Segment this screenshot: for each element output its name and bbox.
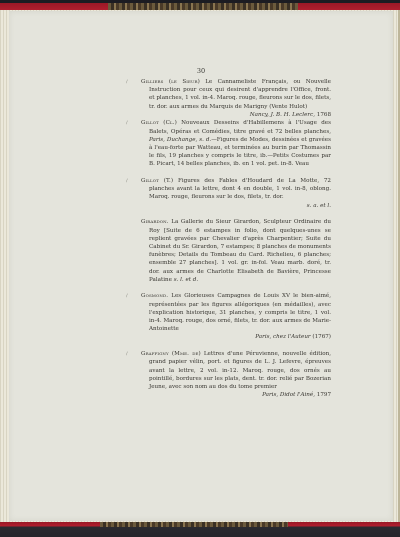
entry-text: Les Glorieuses Campagnes de Louis XV le … [149,293,331,332]
marbled-spine-bottom [100,522,288,527]
catalogue-entry-gillot-cl: / Gillot (Cl.) Nouveaux Desseins d'Habil… [141,119,331,168]
catalogue-entry-graffigny: / Graffigny (Mme. de) Lettres d'une Péru… [141,350,331,399]
entry-author: Gillot (Cl.) [141,120,177,126]
page-number: 30 [9,67,393,75]
book-page: 30 / Gilliers (le Sieur) Le Cannameliste… [9,11,393,521]
catalogue-entries: / Gilliers (le Sieur) Le Cannameliste Fr… [141,78,331,408]
pencil-tick-mark: / [126,119,128,127]
book-cover-bottom-edge [0,522,400,537]
catalogue-entry-gilliers: / Gilliers (le Sieur) Le Cannameliste Fr… [141,78,331,111]
entry-author: Gillot (T.) [141,178,173,184]
entry-imprint: s. l. et d. [172,277,198,283]
entry-text: Nouveaux Desseins d'Habillemens à l'Usag… [149,120,331,134]
book-spread: 30 / Gilliers (le Sieur) Le Cannameliste… [0,0,400,537]
catalogue-entry-girardon: Girardon. La Gallerie du Sieur Girardon,… [141,218,331,284]
entry-imprint: Paris, Duchange, s. d. [149,137,211,143]
pencil-tick-mark: / [126,78,128,86]
catalogue-entry-gillot-t: / Gillot (T.) Figures des Fables d'Houda… [141,177,331,210]
entry-imprint: Nancy, J. B. H. Leclerc, 1768 [258,111,331,119]
pencil-tick-mark: / [126,177,128,185]
catalogue-entry-gosmond: / Gosmond. Les Glorieuses Campagnes de L… [141,292,331,341]
pencil-tick-mark: / [126,350,128,358]
entry-imprint: s. a. et l. [149,202,331,210]
entry-author: Gosmond. [141,293,168,299]
entry-author: Graffigny (Mme. de) [141,351,201,357]
pencil-tick-mark: / [126,292,128,300]
entry-imprint: Paris, chez l'Auteur (1767) [149,333,331,341]
entry-text: La Gallerie du Sieur Girardon, Sculpteur… [149,219,331,282]
entry-text: Figures des Fables d'Houdard de La Motte… [149,178,331,200]
entry-imprint: Paris, Didot l'Ainé, 1797 [149,391,331,399]
entry-author: Gilliers (le Sieur) [141,79,200,85]
entry-author: Girardon. [141,219,169,225]
